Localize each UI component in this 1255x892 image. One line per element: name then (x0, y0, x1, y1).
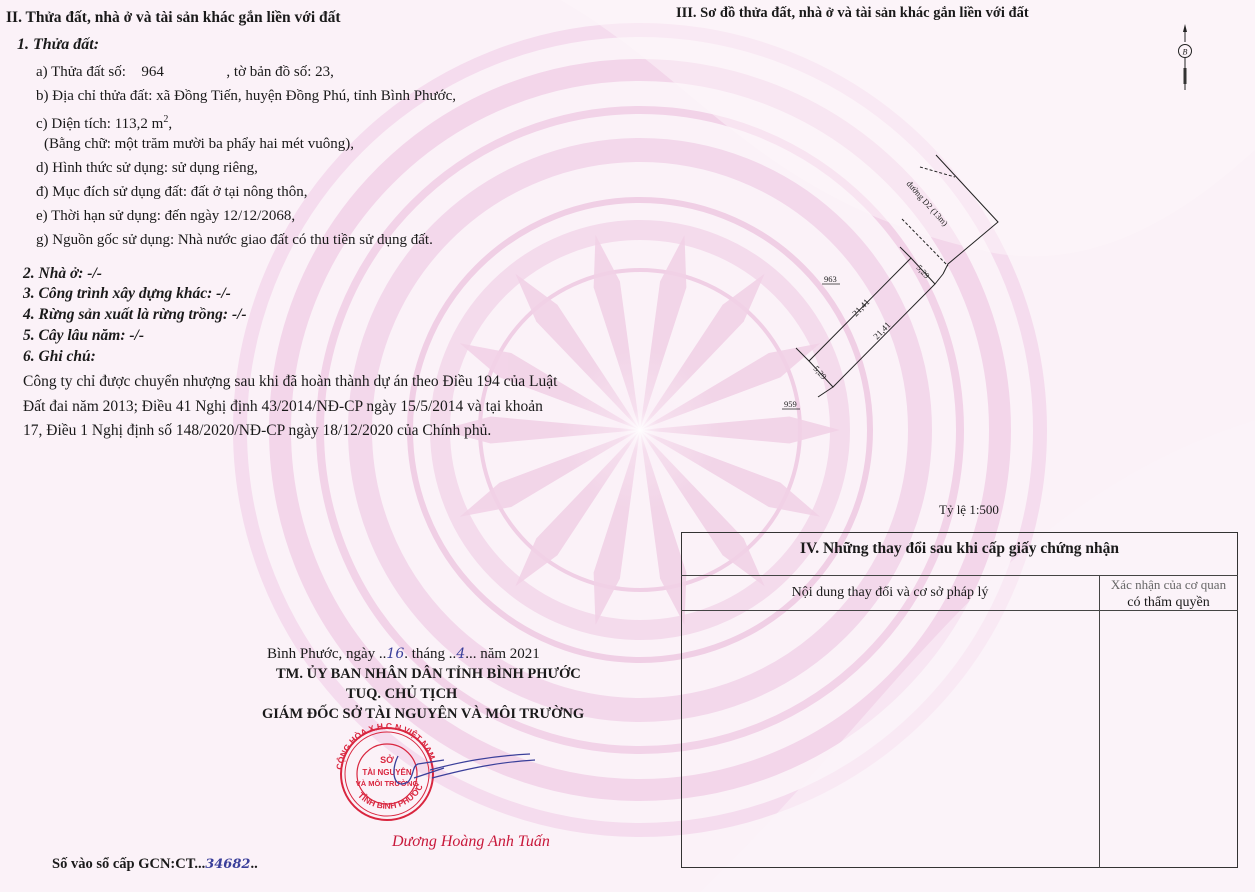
issue-month: 4 (456, 646, 465, 662)
registry-number: Số vào sổ cấp GCN:CT...34682.. (52, 855, 258, 874)
official-seal-icon: CỘNG HÒA X.H.C.N VIỆT NAM TỈNH BÌNH PHƯỚ… (328, 722, 446, 822)
registry-suffix: .. (250, 856, 257, 872)
svg-text:963: 963 (824, 274, 837, 284)
section-iii-title: III. Sơ đồ thửa đất, nhà ở và tài sản kh… (676, 4, 1029, 22)
date-prefix: Bình Phước, ngày .. (267, 646, 386, 662)
scale-label: Tỷ lệ 1:500 (939, 501, 999, 519)
signer-name: Dương Hoàng Anh Tuấn (392, 833, 550, 851)
issue-date: Bình Phước, ngày ..16. tháng ..4... năm … (267, 645, 540, 663)
changes-table: IV. Những thay đổi sau khi cấp giấy chứn… (681, 532, 1238, 868)
section-iii: III. Sơ đồ thửa đất, nhà ở và tài sản kh… (0, 0, 1255, 530)
parcel-diagram: đường D2 (13m) 21,41 21,41 5,29 5,29 963… (770, 140, 1030, 420)
issue-day: 16 (386, 646, 404, 662)
table-column-divider (1099, 575, 1100, 868)
issue-year: ... năm 2021 (465, 646, 540, 662)
svg-text:SỞ: SỞ (380, 754, 394, 765)
svg-text:21,41: 21,41 (850, 297, 871, 319)
authority-line-3: GIÁM ĐỐC SỞ TÀI NGUYÊN VÀ MÔI TRƯỜNG (262, 705, 584, 723)
svg-text:959: 959 (784, 399, 797, 409)
authority-line-1: TM. ỦY BAN NHÂN DÂN TỈNH BÌNH PHƯỚC (276, 665, 581, 683)
confirm-header-line-1: Xác nhận của cơ quan (1099, 576, 1238, 594)
column-header-confirm: Xác nhận của cơ quan có thẩm quyền (1099, 576, 1238, 612)
section-iv-title: IV. Những thay đổi sau khi cấp giấy chứn… (681, 540, 1238, 558)
month-prefix: . tháng .. (404, 646, 456, 662)
authority-line-2: TUQ. CHỦ TỊCH (346, 685, 457, 703)
registry-label: Số vào sổ cấp GCN:CT... (52, 856, 205, 872)
confirm-header-line-2: có thẩm quyền (1099, 594, 1238, 612)
north-arrow-icon: B (1174, 24, 1196, 94)
svg-text:B: B (1183, 48, 1188, 57)
svg-text:TÀI NGUYÊN: TÀI NGUYÊN (362, 768, 412, 777)
column-header-content: Nội dung thay đổi và cơ sở pháp lý (681, 584, 1099, 602)
svg-text:đường D2 (13m): đường D2 (13m) (905, 179, 951, 228)
registry-value: 34682 (205, 857, 250, 872)
signature-scribble-icon (430, 748, 540, 788)
